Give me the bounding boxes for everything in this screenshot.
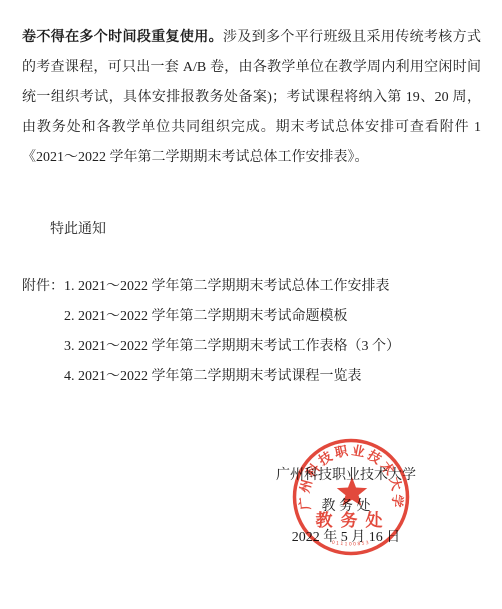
attachment-item: 1. 2021～2022 学年第二学期期末考试总体工作安排表	[64, 279, 390, 294]
signature-block: 广州科技职业技术大学 教 务 处 2022 年 5 月 16 日	[230, 460, 462, 553]
attachment-item: 4. 2021～2022 学年第二学期期末考试课程一览表	[22, 362, 492, 392]
attachments-label: 附件：	[22, 279, 64, 294]
paragraph-bold-text: 卷不得在多个时间段重复使用。	[22, 30, 223, 45]
paragraph-line: 卷不得在多个时间段重复使用。涉及到多个平行班级且采用传统考核方式	[22, 23, 481, 53]
attachment-item: 3. 2021～2022 学年第二学期期末考试工作表格（3 个）	[22, 332, 492, 362]
signature-department: 教 务 处	[230, 491, 462, 522]
paragraph-line: 统一组织考试，具体安排报教务处备案)；考试课程将纳入第 19、20 周，	[22, 83, 481, 113]
paragraph-line: 由教务处和各教学单位共同组织完成。期末考试总体安排可查看附件 1	[22, 113, 481, 143]
signature-date: 2022 年 5 月 16 日	[230, 522, 462, 553]
paragraph-text: 涉及到多个平行班级且采用传统考核方式	[223, 30, 481, 45]
paragraph-line: 的考查课程，可只出一套 A/B 卷，由各教学单位在教学周内利用空闲时间	[22, 53, 481, 83]
closing-note: 特此通知	[50, 215, 106, 245]
attachment-item: 2. 2021～2022 学年第二学期期末考试命题模板	[22, 302, 492, 332]
body-paragraph: 卷不得在多个时间段重复使用。涉及到多个平行班级且采用传统考核方式 的考查课程，可…	[22, 23, 481, 173]
signature-org-name: 广州科技职业技术大学	[230, 460, 462, 491]
attachments-list: 附件：1. 2021～2022 学年第二学期期末考试总体工作安排表 2. 202…	[22, 272, 492, 392]
attachment-row: 附件：1. 2021～2022 学年第二学期期末考试总体工作安排表	[22, 272, 492, 302]
paragraph-line: 《2021～2022 学年第二学期期末考试总体工作安排表》。	[22, 143, 481, 173]
